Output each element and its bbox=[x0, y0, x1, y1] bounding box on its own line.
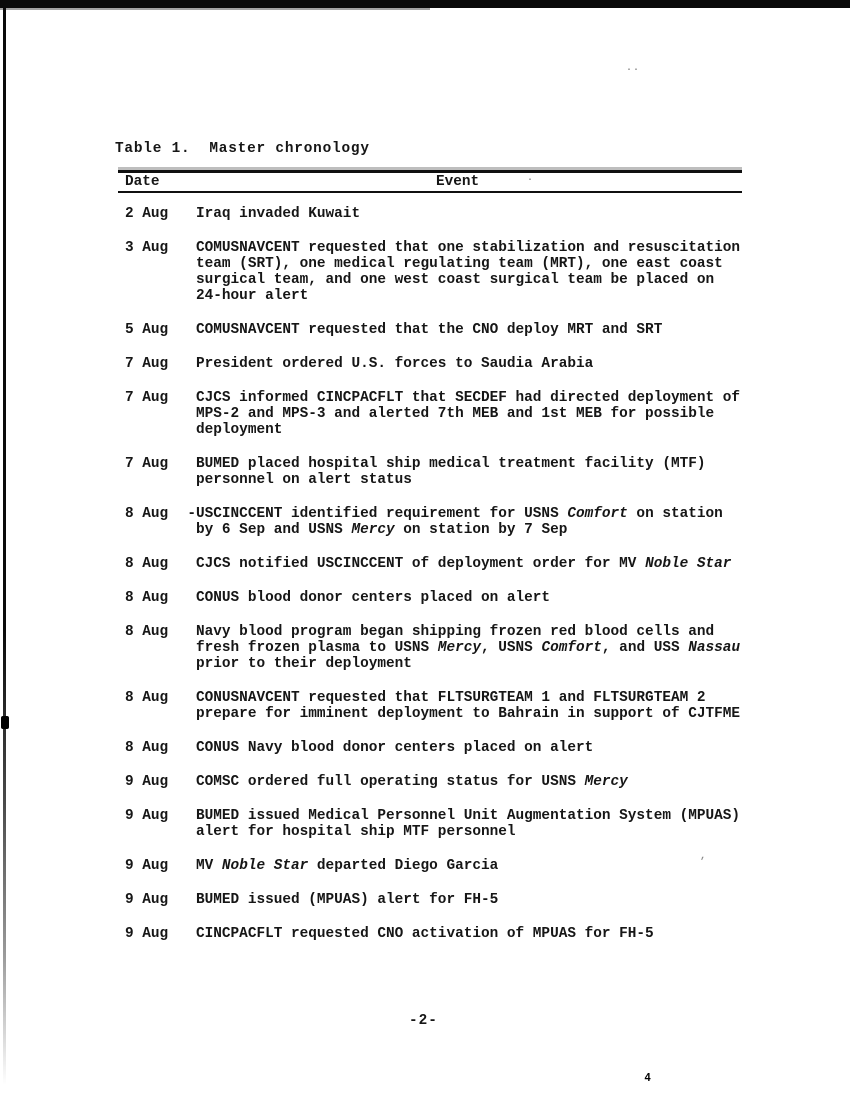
scanned-page: Table 1. Master chronology Date Event 2 … bbox=[0, 0, 850, 1105]
table-row: 8 AugCONUS Navy blood donor centers plac… bbox=[118, 740, 763, 756]
event-cell: BUMED placed hospital ship medical treat… bbox=[196, 456, 763, 488]
table-row: 5 AugCOMUSNAVCENT requested that the CNO… bbox=[118, 322, 763, 338]
date-text: 8 Aug bbox=[125, 740, 168, 756]
event-line: President ordered U.S. forces to Saudia … bbox=[196, 356, 763, 372]
table-row: 8 AugCJCS notified USCINCCENT of deploym… bbox=[118, 556, 763, 572]
date-text: 2 Aug bbox=[125, 206, 168, 222]
dot-after-event: · bbox=[527, 176, 534, 186]
event-line: by 6 Sep and USNS Mercy on station by 7 … bbox=[196, 522, 763, 538]
date-text: 8 Aug bbox=[125, 556, 168, 572]
event-cell: Iraq invaded Kuwait bbox=[196, 206, 763, 222]
scan-edge-top bbox=[0, 0, 850, 8]
date-text: 3 Aug bbox=[125, 240, 168, 304]
table-row: 7 AugPresident ordered U.S. forces to Sa… bbox=[118, 356, 763, 372]
event-line: personnel on alert status bbox=[196, 472, 763, 488]
event-line: prior to their deployment bbox=[196, 656, 763, 672]
event-cell: Navy blood program began shipping frozen… bbox=[196, 624, 763, 672]
event-line: BUMED issued Medical Personnel Unit Augm… bbox=[196, 808, 763, 824]
date-cell: 9 Aug bbox=[125, 858, 196, 874]
date-text: 8 Aug bbox=[125, 590, 168, 606]
event-line: BUMED issued (MPUAS) alert for FH-5 bbox=[196, 892, 763, 908]
date-cell: 8 Aug- bbox=[125, 506, 196, 538]
scan-mark-left-edge bbox=[1, 716, 9, 729]
date-text: 7 Aug bbox=[125, 456, 168, 488]
date-text: 8 Aug bbox=[125, 690, 168, 722]
event-line: CONUS blood donor centers placed on aler… bbox=[196, 590, 763, 606]
table-row: 8 Aug-USCINCCENT identified requirement … bbox=[118, 506, 763, 538]
event-line: CONUS Navy blood donor centers placed on… bbox=[196, 740, 763, 756]
event-cell: USCINCCENT identified requirement for US… bbox=[196, 506, 763, 538]
event-line: prepare for imminent deployment to Bahra… bbox=[196, 706, 763, 722]
date-text: 9 Aug bbox=[125, 926, 168, 942]
event-cell: CONUSNAVCENT requested that FLTSURGTEAM … bbox=[196, 690, 763, 722]
event-cell: COMUSNAVCENT requested that the CNO depl… bbox=[196, 322, 763, 338]
event-line: MPS-2 and MPS-3 and alerted 7th MEB and … bbox=[196, 406, 763, 422]
date-cell: 2 Aug bbox=[125, 206, 196, 222]
event-line: CJCS informed CINCPACFLT that SECDEF had… bbox=[196, 390, 763, 406]
date-text: 9 Aug bbox=[125, 808, 168, 840]
event-cell: BUMED issued (MPUAS) alert for FH-5 bbox=[196, 892, 763, 908]
table-row: 8 AugNavy blood program began shipping f… bbox=[118, 624, 763, 672]
table-row: 7 AugBUMED placed hospital ship medical … bbox=[118, 456, 763, 488]
event-line: fresh frozen plasma to USNS Mercy, USNS … bbox=[196, 640, 763, 656]
scan-edge-left bbox=[3, 0, 6, 1085]
event-line: COMSC ordered full operating status for … bbox=[196, 774, 763, 790]
page-number: -2- bbox=[409, 1013, 438, 1029]
date-cell: 8 Aug bbox=[125, 590, 196, 606]
table-rule-header-underline bbox=[118, 191, 742, 193]
event-cell: CJCS informed CINCPACFLT that SECDEF had… bbox=[196, 390, 763, 438]
ink-speck-bottom: 4 bbox=[644, 1072, 650, 1084]
date-text: 9 Aug bbox=[125, 858, 168, 874]
table-row: 7 AugCJCS informed CINCPACFLT that SECDE… bbox=[118, 390, 763, 438]
table-row: 2 AugIraq invaded Kuwait bbox=[118, 206, 763, 222]
table-body: 2 AugIraq invaded Kuwait3 AugCOMUSNAVCEN… bbox=[118, 206, 763, 960]
scan-edge-top-smear bbox=[0, 8, 430, 10]
column-header-event: Event bbox=[436, 174, 479, 190]
event-line: deployment bbox=[196, 422, 763, 438]
event-line: alert for hospital ship MTF personnel bbox=[196, 824, 763, 840]
event-line: 24-hour alert bbox=[196, 288, 763, 304]
event-cell: COMUSNAVCENT requested that one stabiliz… bbox=[196, 240, 763, 304]
table-row: 9 AugBUMED issued Medical Personnel Unit… bbox=[118, 808, 763, 840]
event-line: Navy blood program began shipping frozen… bbox=[196, 624, 763, 640]
event-cell: COMSC ordered full operating status for … bbox=[196, 774, 763, 790]
table-row: 9 AugBUMED issued (MPUAS) alert for FH-5 bbox=[118, 892, 763, 908]
event-line: CINCPACFLT requested CNO activation of M… bbox=[196, 926, 763, 942]
event-cell: MV Noble Star departed Diego Garcia bbox=[196, 858, 763, 874]
date-cell: 3 Aug bbox=[125, 240, 196, 304]
table-row: 8 AugCONUSNAVCENT requested that FLTSURG… bbox=[118, 690, 763, 722]
event-line: CONUSNAVCENT requested that FLTSURGTEAM … bbox=[196, 690, 763, 706]
date-cell: 9 Aug bbox=[125, 808, 196, 840]
date-cell: 7 Aug bbox=[125, 456, 196, 488]
table-rule-top bbox=[118, 170, 742, 173]
event-cell: President ordered U.S. forces to Saudia … bbox=[196, 356, 763, 372]
event-line: USCINCCENT identified requirement for US… bbox=[196, 506, 763, 522]
event-cell: CONUS blood donor centers placed on aler… bbox=[196, 590, 763, 606]
date-cell: 8 Aug bbox=[125, 740, 196, 756]
column-header-date: Date bbox=[125, 174, 160, 190]
stray-dots-top: ·· bbox=[626, 66, 640, 76]
event-line: COMUSNAVCENT requested that one stabiliz… bbox=[196, 240, 763, 256]
date-text: 8 Aug bbox=[125, 624, 168, 672]
event-cell: CINCPACFLT requested CNO activation of M… bbox=[196, 926, 763, 942]
date-text: 9 Aug bbox=[125, 774, 168, 790]
event-line: team (SRT), one medical regulating team … bbox=[196, 256, 763, 272]
date-cell: 8 Aug bbox=[125, 556, 196, 572]
event-cell: CJCS notified USCINCCENT of deployment o… bbox=[196, 556, 763, 572]
table-row: 9 AugCOMSC ordered full operating status… bbox=[118, 774, 763, 790]
date-cell: 8 Aug bbox=[125, 624, 196, 672]
event-cell: CONUS Navy blood donor centers placed on… bbox=[196, 740, 763, 756]
table-row: 9 AugCINCPACFLT requested CNO activation… bbox=[118, 926, 763, 942]
date-cell: 9 Aug bbox=[125, 774, 196, 790]
table-row: 3 AugCOMUSNAVCENT requested that one sta… bbox=[118, 240, 763, 304]
date-cell: 7 Aug bbox=[125, 356, 196, 372]
event-cell: BUMED issued Medical Personnel Unit Augm… bbox=[196, 808, 763, 840]
stray-dash-mark: - bbox=[187, 506, 196, 538]
date-cell: 9 Aug bbox=[125, 926, 196, 942]
date-cell: 5 Aug bbox=[125, 322, 196, 338]
date-text: 7 Aug bbox=[125, 356, 168, 372]
date-text: 5 Aug bbox=[125, 322, 168, 338]
table-title: Table 1. Master chronology bbox=[115, 141, 370, 157]
event-line: surgical team, and one west coast surgic… bbox=[196, 272, 763, 288]
event-line: CJCS notified USCINCCENT of deployment o… bbox=[196, 556, 763, 572]
date-cell: 9 Aug bbox=[125, 892, 196, 908]
date-text: 7 Aug bbox=[125, 390, 168, 438]
date-text: 8 Aug bbox=[125, 506, 168, 538]
table-row: 8 AugCONUS blood donor centers placed on… bbox=[118, 590, 763, 606]
event-line: BUMED placed hospital ship medical treat… bbox=[196, 456, 763, 472]
event-line: MV Noble Star departed Diego Garcia bbox=[196, 858, 763, 874]
stray-comma-right: , bbox=[700, 852, 707, 862]
date-text: 9 Aug bbox=[125, 892, 168, 908]
date-cell: 7 Aug bbox=[125, 390, 196, 438]
table-row: 9 AugMV Noble Star departed Diego Garcia bbox=[118, 858, 763, 874]
event-line: COMUSNAVCENT requested that the CNO depl… bbox=[196, 322, 763, 338]
date-cell: 8 Aug bbox=[125, 690, 196, 722]
event-line: Iraq invaded Kuwait bbox=[196, 206, 763, 222]
